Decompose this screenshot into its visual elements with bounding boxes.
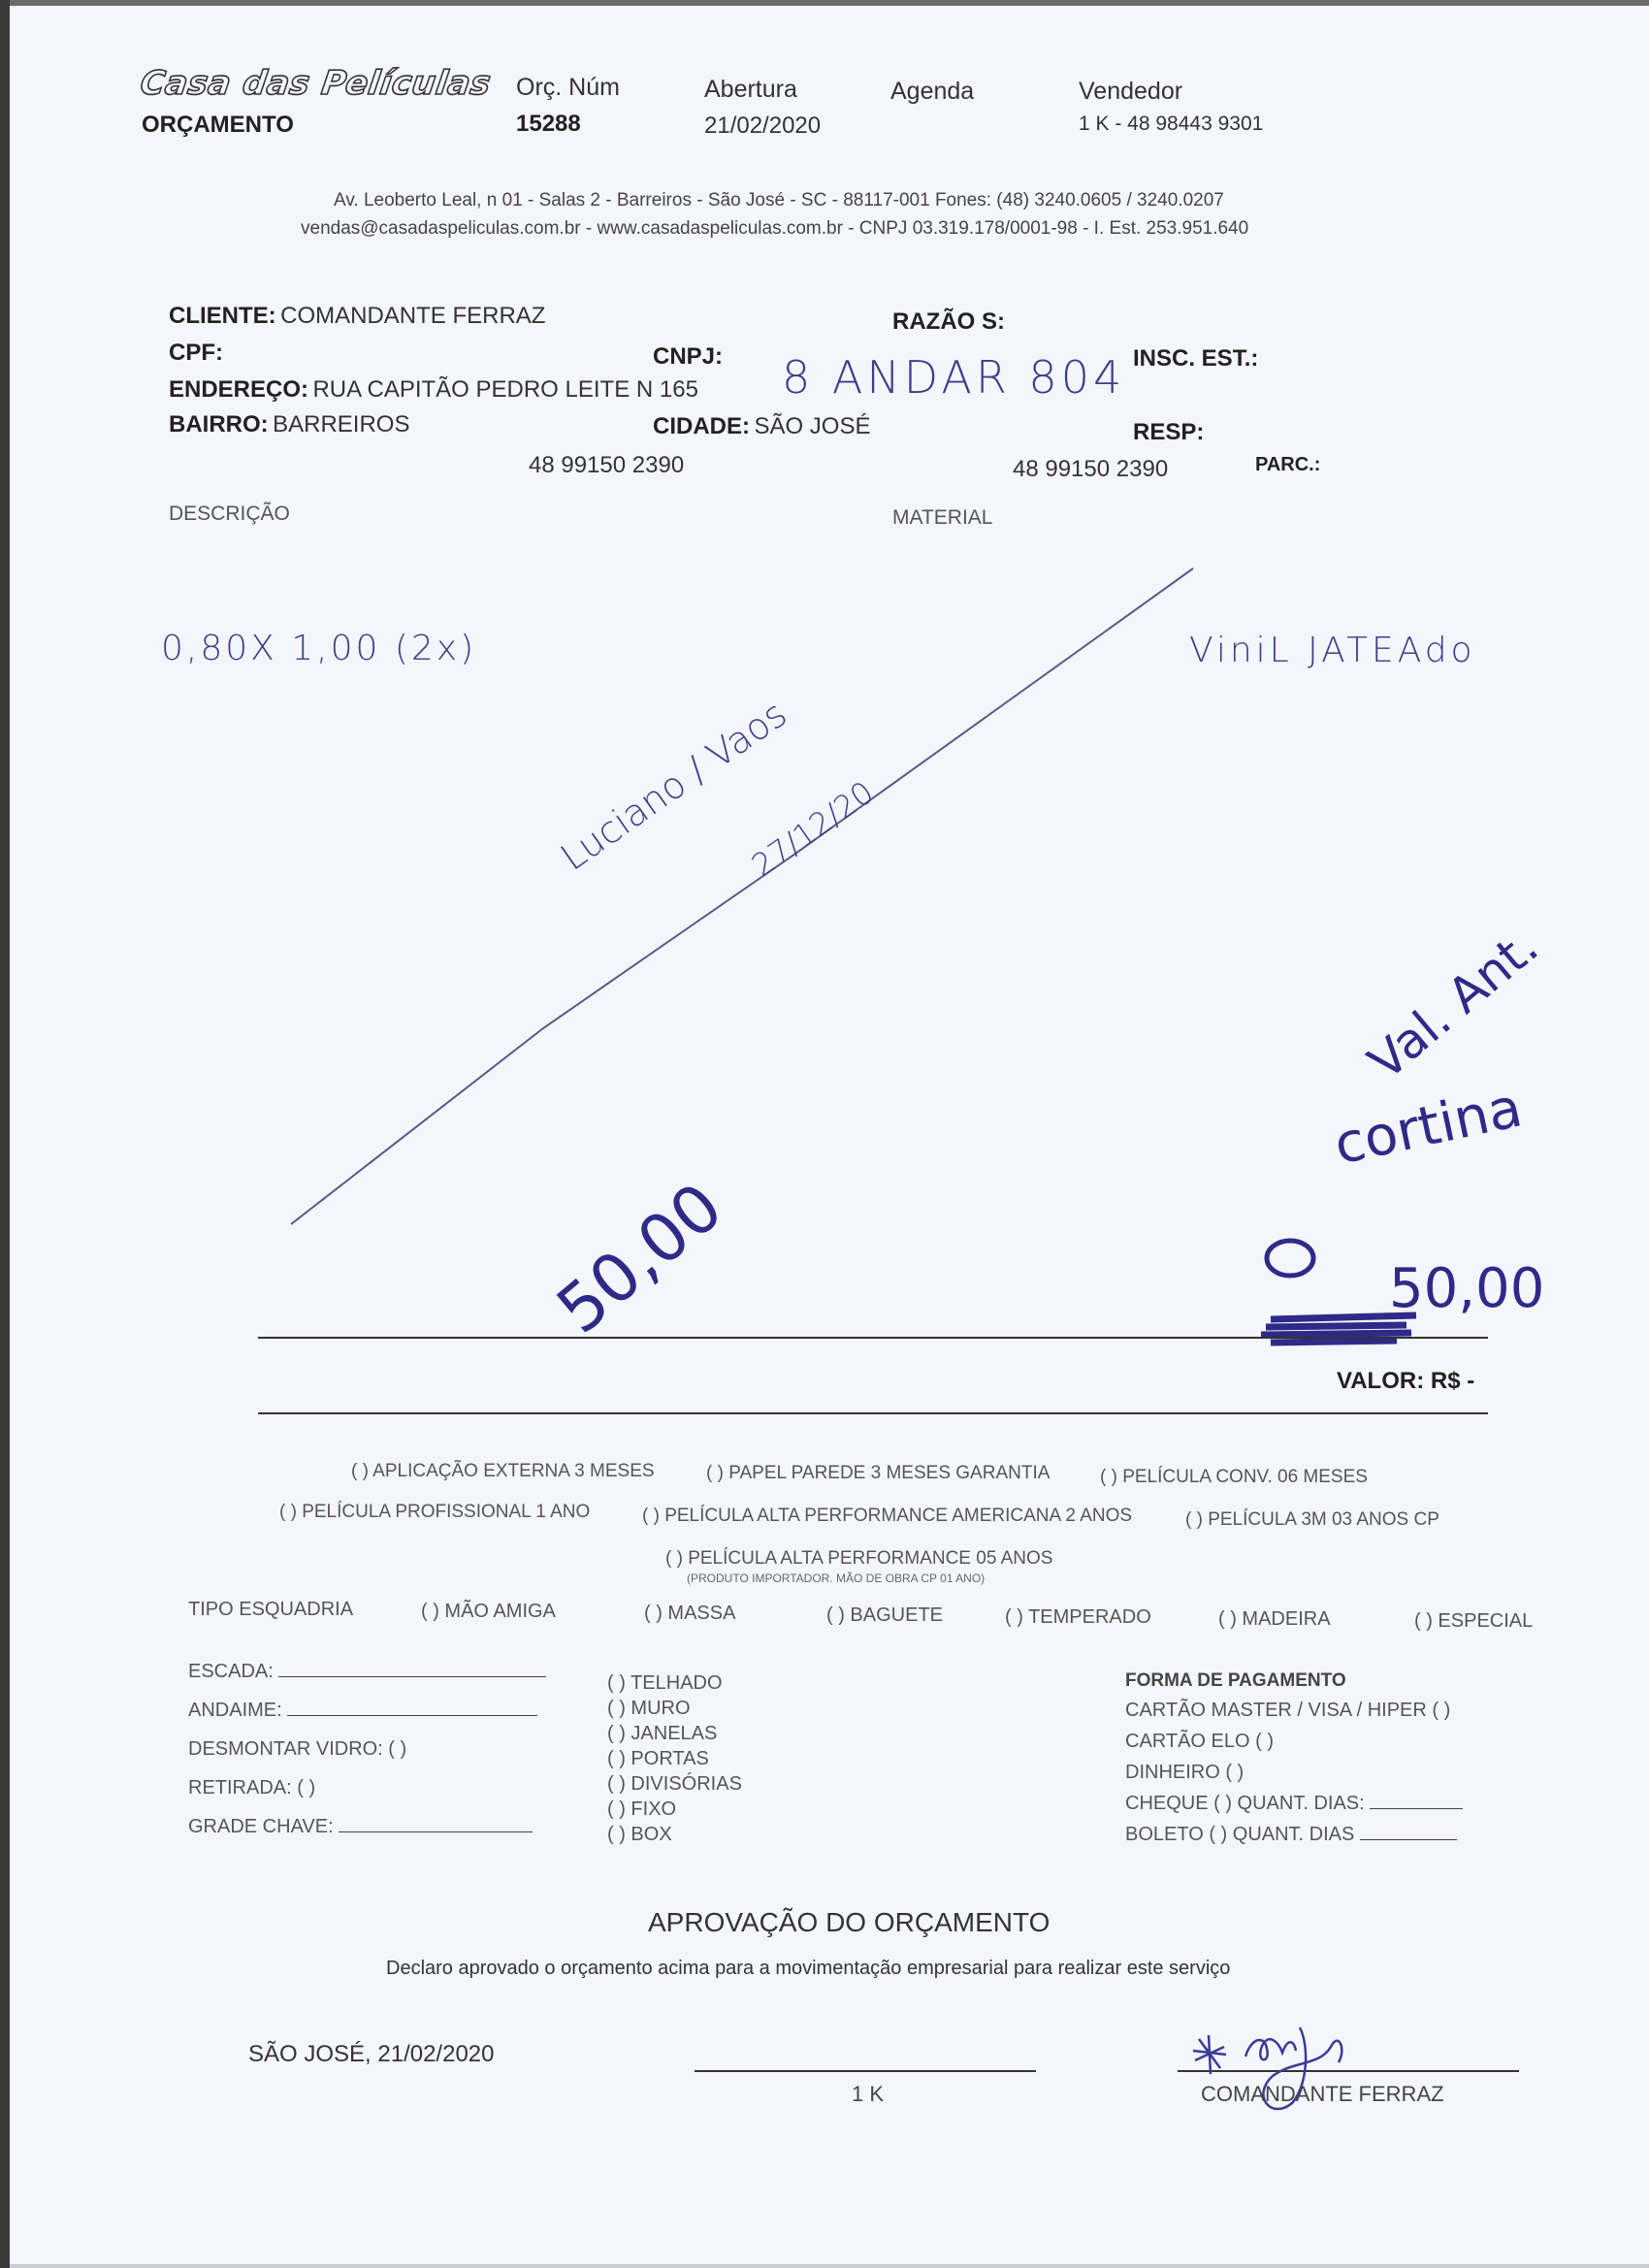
option-alta-performance-note: (PRODUTO IMPORTADOR. MÃO DE OBRA CP 01 A… [687, 1571, 985, 1585]
resp-label: RESP: [1133, 419, 1204, 446]
location-janelas[interactable]: ( ) JANELAS [607, 1723, 717, 1745]
payment-card-master[interactable]: CARTÃO MASTER / VISA / HIPER ( ) [1125, 1700, 1450, 1722]
option-aplicacao-externa[interactable]: ( ) APLICAÇÃO EXTERNA 3 MESES [351, 1461, 655, 1482]
abertura-value: 21/02/2020 [704, 113, 821, 140]
location-portas[interactable]: ( ) PORTAS [607, 1748, 709, 1770]
esquadria-label: TIPO ESQUADRIA [188, 1599, 353, 1621]
descricao-header: DESCRIÇÃO [169, 502, 290, 526]
scribble-mark [1267, 1241, 1313, 1276]
cliente-field: CLIENTE: COMANDANTE FERRAZ [169, 303, 545, 330]
endereco-value: RUA CAPITÃO PEDRO LEITE N 165 [312, 376, 697, 403]
cliente-label: CLIENTE: [169, 303, 276, 329]
location-fixo[interactable]: ( ) FIXO [607, 1798, 676, 1821]
grade-chave-label: GRADE CHAVE: [188, 1816, 334, 1837]
cliente-value: COMANDANTE FERRAZ [280, 303, 545, 329]
company-contact: vendas@casadaspeliculas.com.br - www.cas… [301, 218, 1248, 240]
grade-chave-field[interactable]: GRADE CHAVE: [188, 1816, 533, 1838]
cidade-value: SÃO JOSÉ [754, 413, 870, 439]
payment-cheque-label: CHEQUE ( ) QUANT. DIAS: [1125, 1793, 1365, 1814]
option-papel-parede[interactable]: ( ) PAPEL PAREDE 3 MESES GARANTIA [706, 1463, 1050, 1484]
bairro-label: BAIRRO: [169, 411, 269, 437]
vendedor-value: 1 K - 48 98443 9301 [1079, 113, 1263, 136]
abertura-label: Abertura [704, 76, 797, 104]
payment-title: FORMA DE PAGAMENTO [1125, 1670, 1346, 1692]
location-divisorias[interactable]: ( ) DIVISÓRIAS [607, 1773, 742, 1796]
escada-field[interactable]: ESCADA: [188, 1661, 546, 1683]
boleto-days-blank[interactable] [1360, 1839, 1457, 1840]
client-signature-name: COMANDANTE FERRAZ [1201, 2082, 1444, 2107]
retirada-option[interactable]: RETIRADA: ( ) [188, 1777, 315, 1799]
razao-label: RAZÃO S: [892, 308, 1005, 336]
company-address: Av. Leoberto Leal, n 01 - Salas 2 - Barr… [334, 190, 1224, 211]
agenda-label: Agenda [890, 78, 974, 106]
andaime-field[interactable]: ANDAIME: [188, 1700, 537, 1722]
esquadria-massa[interactable]: ( ) MASSA [644, 1603, 735, 1625]
cnpj-label: CNPJ: [653, 343, 723, 371]
option-pelicula-alta-performance[interactable]: ( ) PELÍCULA ALTA PERFORMANCE 05 ANOS [665, 1548, 1052, 1570]
cidade-field: CIDADE: SÃO JOSÉ [653, 413, 871, 440]
cpf-label: CPF: [169, 340, 223, 367]
handwritten-note-val-ant: Val. Ant. [1358, 918, 1549, 1090]
payment-card-elo[interactable]: CARTÃO ELO ( ) [1125, 1731, 1274, 1753]
approval-place-date: SÃO JOSÉ, 21/02/2020 [248, 2041, 495, 2068]
option-pelicula-3m[interactable]: ( ) PELÍCULA 3M 03 ANOS CP [1185, 1509, 1439, 1531]
cidade-label: CIDADE: [653, 413, 750, 439]
esquadria-madeira[interactable]: ( ) MADEIRA [1218, 1608, 1331, 1631]
cheque-days-blank[interactable] [1370, 1808, 1463, 1809]
insc-est-label: INSC. EST.: [1133, 345, 1258, 373]
approval-declaration: Declaro aprovado o orçamento acima para … [386, 1958, 1230, 1980]
handwritten-total-value: 50,00 [1389, 1257, 1544, 1320]
company-logo: Casa das Películas [138, 64, 493, 103]
value-rule-bottom [258, 1412, 1488, 1414]
handwritten-material: ViniL JATEAdo [1189, 631, 1476, 670]
desmontar-vidro-option[interactable]: DESMONTAR VIDRO: ( ) [188, 1738, 406, 1761]
value-rule-top [258, 1337, 1488, 1339]
payment-cash[interactable]: DINHEIRO ( ) [1125, 1762, 1244, 1784]
vendedor-label: Vendedor [1079, 78, 1182, 106]
esquadria-baguete[interactable]: ( ) BAGUETE [826, 1604, 943, 1627]
location-box[interactable]: ( ) BOX [607, 1824, 672, 1846]
location-muro[interactable]: ( ) MURO [607, 1698, 691, 1720]
esquadria-mao-amiga[interactable]: ( ) MÃO AMIGA [421, 1601, 556, 1623]
document-title: ORÇAMENTO [142, 112, 294, 139]
orc-num-value: 15288 [516, 111, 581, 138]
payment-cheque[interactable]: CHEQUE ( ) QUANT. DIAS: [1125, 1793, 1463, 1815]
andaime-label: ANDAIME: [188, 1700, 282, 1721]
esquadria-especial[interactable]: ( ) ESPECIAL [1414, 1610, 1533, 1633]
seller-signature-name: 1 K [852, 2082, 884, 2107]
endereco-field: ENDEREÇO: RUA CAPITÃO PEDRO LEITE N 165 [169, 376, 698, 404]
payment-boleto[interactable]: BOLETO ( ) QUANT. DIAS [1125, 1824, 1457, 1846]
option-pelicula-americana[interactable]: ( ) PELÍCULA ALTA PERFORMANCE AMERICANA … [642, 1506, 1132, 1527]
approval-title: APROVAÇÃO DO ORÇAMENTO [648, 1907, 1050, 1938]
client-phone-1: 48 99150 2390 [529, 452, 684, 479]
location-telhado[interactable]: ( ) TELHADO [607, 1672, 723, 1695]
scan-border-top [10, 0, 1649, 6]
handwritten-floor-note: 8 ANDAR 804 [782, 351, 1125, 404]
material-header: MATERIAL [892, 506, 992, 530]
escada-blank[interactable] [278, 1676, 546, 1677]
bairro-value: BARREIROS [273, 411, 409, 437]
endereco-label: ENDEREÇO: [169, 376, 308, 403]
scan-border-bottom [10, 2264, 1649, 2268]
payment-boleto-label: BOLETO ( ) QUANT. DIAS [1125, 1824, 1354, 1845]
handwritten-received-date: 27/12/20 [745, 774, 881, 885]
andaime-blank[interactable] [287, 1715, 537, 1716]
client-phone-2: 48 99150 2390 [1013, 456, 1168, 483]
escada-label: ESCADA: [188, 1661, 274, 1682]
parc-label: PARC.: [1255, 454, 1320, 476]
option-pelicula-profissional[interactable]: ( ) PELÍCULA PROFISSIONAL 1 ANO [279, 1502, 590, 1523]
orc-num-label: Orç. Núm [516, 74, 620, 102]
client-signature-line[interactable] [1178, 2070, 1519, 2072]
scan-border-left [0, 0, 10, 2268]
grade-chave-blank[interactable] [339, 1831, 533, 1832]
handwritten-deposit-value: 50,00 [543, 1169, 737, 1349]
esquadria-temperado[interactable]: ( ) TEMPERADO [1005, 1606, 1151, 1629]
valor-label: VALOR: R$ - [1337, 1368, 1474, 1395]
option-pelicula-conv[interactable]: ( ) PELÍCULA CONV. 06 MESES [1100, 1467, 1368, 1488]
handwritten-note-cortina: cortina [1329, 1076, 1528, 1177]
handwritten-dimensions: 0,80X 1,00 (2x) [161, 629, 476, 668]
seller-signature-line [695, 2070, 1036, 2072]
bairro-field: BAIRRO: BARREIROS [169, 411, 409, 438]
